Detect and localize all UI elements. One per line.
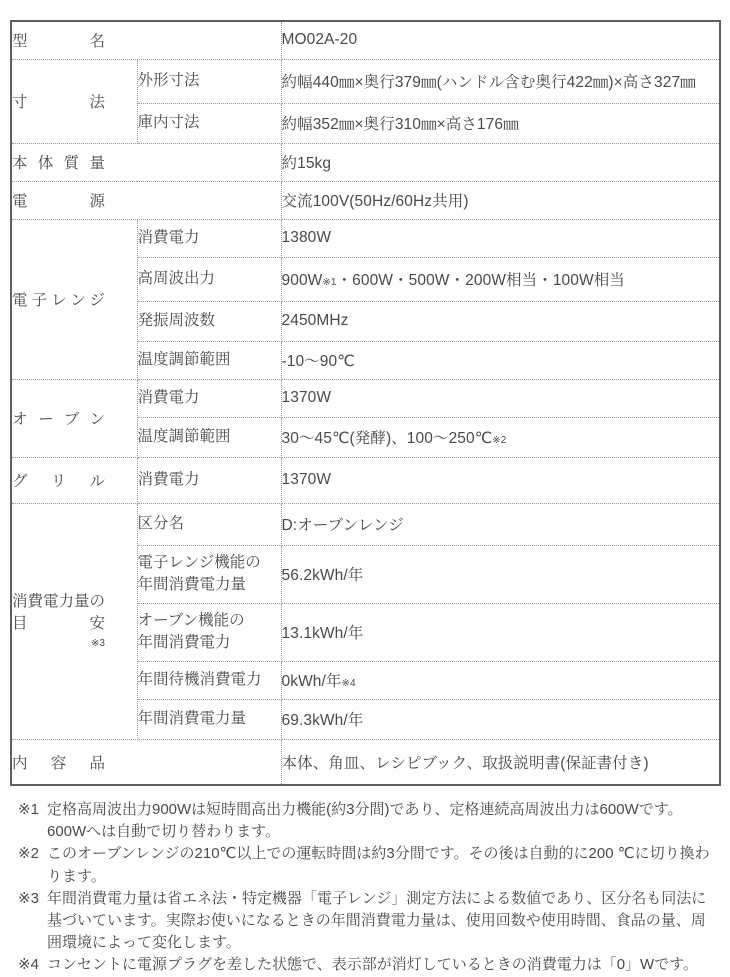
group-label-line1: 消費電力量の (12, 591, 137, 613)
group-label-text: グリル (12, 469, 105, 491)
row-value: 本体、角皿、レシピブック、取扱説明書(保証書付き) (281, 739, 720, 785)
row-value: 0kWh/年※4 (281, 661, 720, 699)
group-label-text: 型名 (12, 29, 105, 51)
row-group-label: 内容品 (11, 739, 281, 785)
table-row-category-name: 消費電力量の 目安 ※3 区分名 D:オーブンレンジ (11, 503, 720, 545)
row-sub-label: 温度調節範囲 (137, 417, 281, 457)
footnote-marker: ※3 (18, 888, 47, 955)
group-label-line2: 目安 (12, 613, 105, 635)
row-sub-label: 高周波出力 (137, 257, 281, 301)
row-value: 1380W (281, 219, 720, 257)
row-value: 13.1kWh/年 (281, 603, 720, 661)
table-row-power-source: 電源 交流100V(50Hz/60Hz共用) (11, 181, 720, 219)
row-group-label: 寸法 (11, 59, 137, 143)
row-sub-label: 年間待機消費電力 (137, 661, 281, 699)
footnote-2: ※2 このオーブンレンジの210℃以上での運転時間は約3分間です。その後は自動的… (18, 843, 719, 887)
row-group-label: 電源 (11, 181, 281, 219)
row-group-label: オーブン (11, 379, 137, 457)
row-sub-label: オーブン機能の 年間消費電力 (137, 603, 281, 661)
group-label-text: 寸法 (12, 90, 105, 112)
table-row-grill-consumption: グリル 消費電力 1370W (11, 457, 720, 503)
row-sub-label: 区分名 (137, 503, 281, 545)
group-label-text: 内容品 (12, 751, 105, 773)
row-group-label: 型名 (11, 21, 281, 59)
footnote-text: このオーブンレンジの210℃以上での運転時間は約3分間です。その後は自動的に20… (47, 843, 719, 887)
row-value: 69.3kWh/年 (281, 699, 720, 739)
table-row-contents: 内容品 本体、角皿、レシピブック、取扱説明書(保証書付き) (11, 739, 720, 785)
footnote-3: ※3 年間消費電力量は省エネ法・特定機器「電子レンジ」測定方法による数値であり、… (18, 888, 719, 955)
row-value: D:オーブンレンジ (281, 503, 720, 545)
footnote-marker-inline: ※2 (492, 435, 506, 446)
row-sub-label: 外形寸法 (137, 59, 281, 103)
footnote-marker-inline: ※3 (12, 637, 105, 652)
row-value: 900W※1・600W・500W・200W相当・100W相当 (281, 257, 720, 301)
row-value: MO02A-20 (281, 21, 720, 59)
table-row-weight: 本体質量 約15kg (11, 143, 720, 181)
row-sub-label: 庫内寸法 (137, 103, 281, 143)
row-sub-label: 電子レンジ機能の 年間消費電力量 (137, 545, 281, 603)
group-label-text: オーブン (12, 407, 105, 429)
row-value: 交流100V(50Hz/60Hz共用) (281, 181, 720, 219)
footnotes-section: ※1 定格高周波出力900Wは短時間高出力機能(約3分間)であり、定格連続高周波… (10, 799, 721, 977)
footnote-marker: ※2 (18, 843, 47, 887)
footnote-marker-inline: ※1 (322, 277, 336, 288)
table-row-outer-dimensions: 寸法 外形寸法 約幅440㎜×奥行379㎜(ハンドル含む奥行422㎜)×高さ32… (11, 59, 720, 103)
row-value: 約幅440㎜×奥行379㎜(ハンドル含む奥行422㎜)×高さ327㎜ (281, 59, 720, 103)
footnote-4: ※4 コンセントに電源プラグを差した状態で、表示部が消灯しているときの消費電力は… (18, 954, 719, 976)
group-label-text: 電子レンジ (12, 288, 105, 310)
row-sub-label: 消費電力 (137, 457, 281, 503)
row-sub-label: 温度調節範囲 (137, 341, 281, 379)
footnote-1: ※1 定格高周波出力900Wは短時間高出力機能(約3分間)であり、定格連続高周波… (18, 799, 719, 843)
row-value: 約15kg (281, 143, 720, 181)
row-group-label: 電子レンジ (11, 219, 137, 379)
row-value: 約幅352㎜×奥行310㎜×高さ176㎜ (281, 103, 720, 143)
row-group-label: グリル (11, 457, 137, 503)
footnote-text: コンセントに電源プラグを差した状態で、表示部が消灯しているときの消費電力は「0」… (47, 954, 719, 976)
footnote-text: 年間消費電力量は省エネ法・特定機器「電子レンジ」測定方法による数値であり、区分名… (47, 888, 719, 955)
row-value: 30〜45℃(発酵)、100〜250℃※2 (281, 417, 720, 457)
table-row-oven-consumption: オーブン 消費電力 1370W (11, 379, 720, 417)
footnote-text: 定格高周波出力900Wは短時間高出力機能(約3分間)であり、定格連続高周波出力は… (47, 799, 719, 843)
row-group-label: 本体質量 (11, 143, 281, 181)
row-group-label: 消費電力量の 目安 ※3 (11, 503, 137, 739)
footnote-marker: ※4 (18, 954, 47, 976)
group-label-text: 本体質量 (12, 151, 105, 173)
group-label-block: 消費電力量の 目安 ※3 (12, 591, 137, 651)
spec-table: 型名 MO02A-20 寸法 外形寸法 約幅440㎜×奥行379㎜(ハンドル含む… (10, 20, 721, 786)
row-sub-label: 発振周波数 (137, 301, 281, 341)
row-value: 56.2kWh/年 (281, 545, 720, 603)
row-sub-label: 消費電力 (137, 379, 281, 417)
row-value: 1370W (281, 379, 720, 417)
row-sub-label: 消費電力 (137, 219, 281, 257)
row-value: 2450MHz (281, 301, 720, 341)
row-value: 1370W (281, 457, 720, 503)
footnote-marker-inline: ※4 (342, 678, 356, 689)
footnote-marker: ※1 (18, 799, 47, 843)
row-value: -10〜90℃ (281, 341, 720, 379)
table-row-model: 型名 MO02A-20 (11, 21, 720, 59)
group-label-text: 電源 (12, 189, 105, 211)
spec-sheet-page: 型名 MO02A-20 寸法 外形寸法 約幅440㎜×奥行379㎜(ハンドル含む… (0, 0, 730, 977)
row-sub-label: 年間消費電力量 (137, 699, 281, 739)
table-row-microwave-consumption: 電子レンジ 消費電力 1380W (11, 219, 720, 257)
